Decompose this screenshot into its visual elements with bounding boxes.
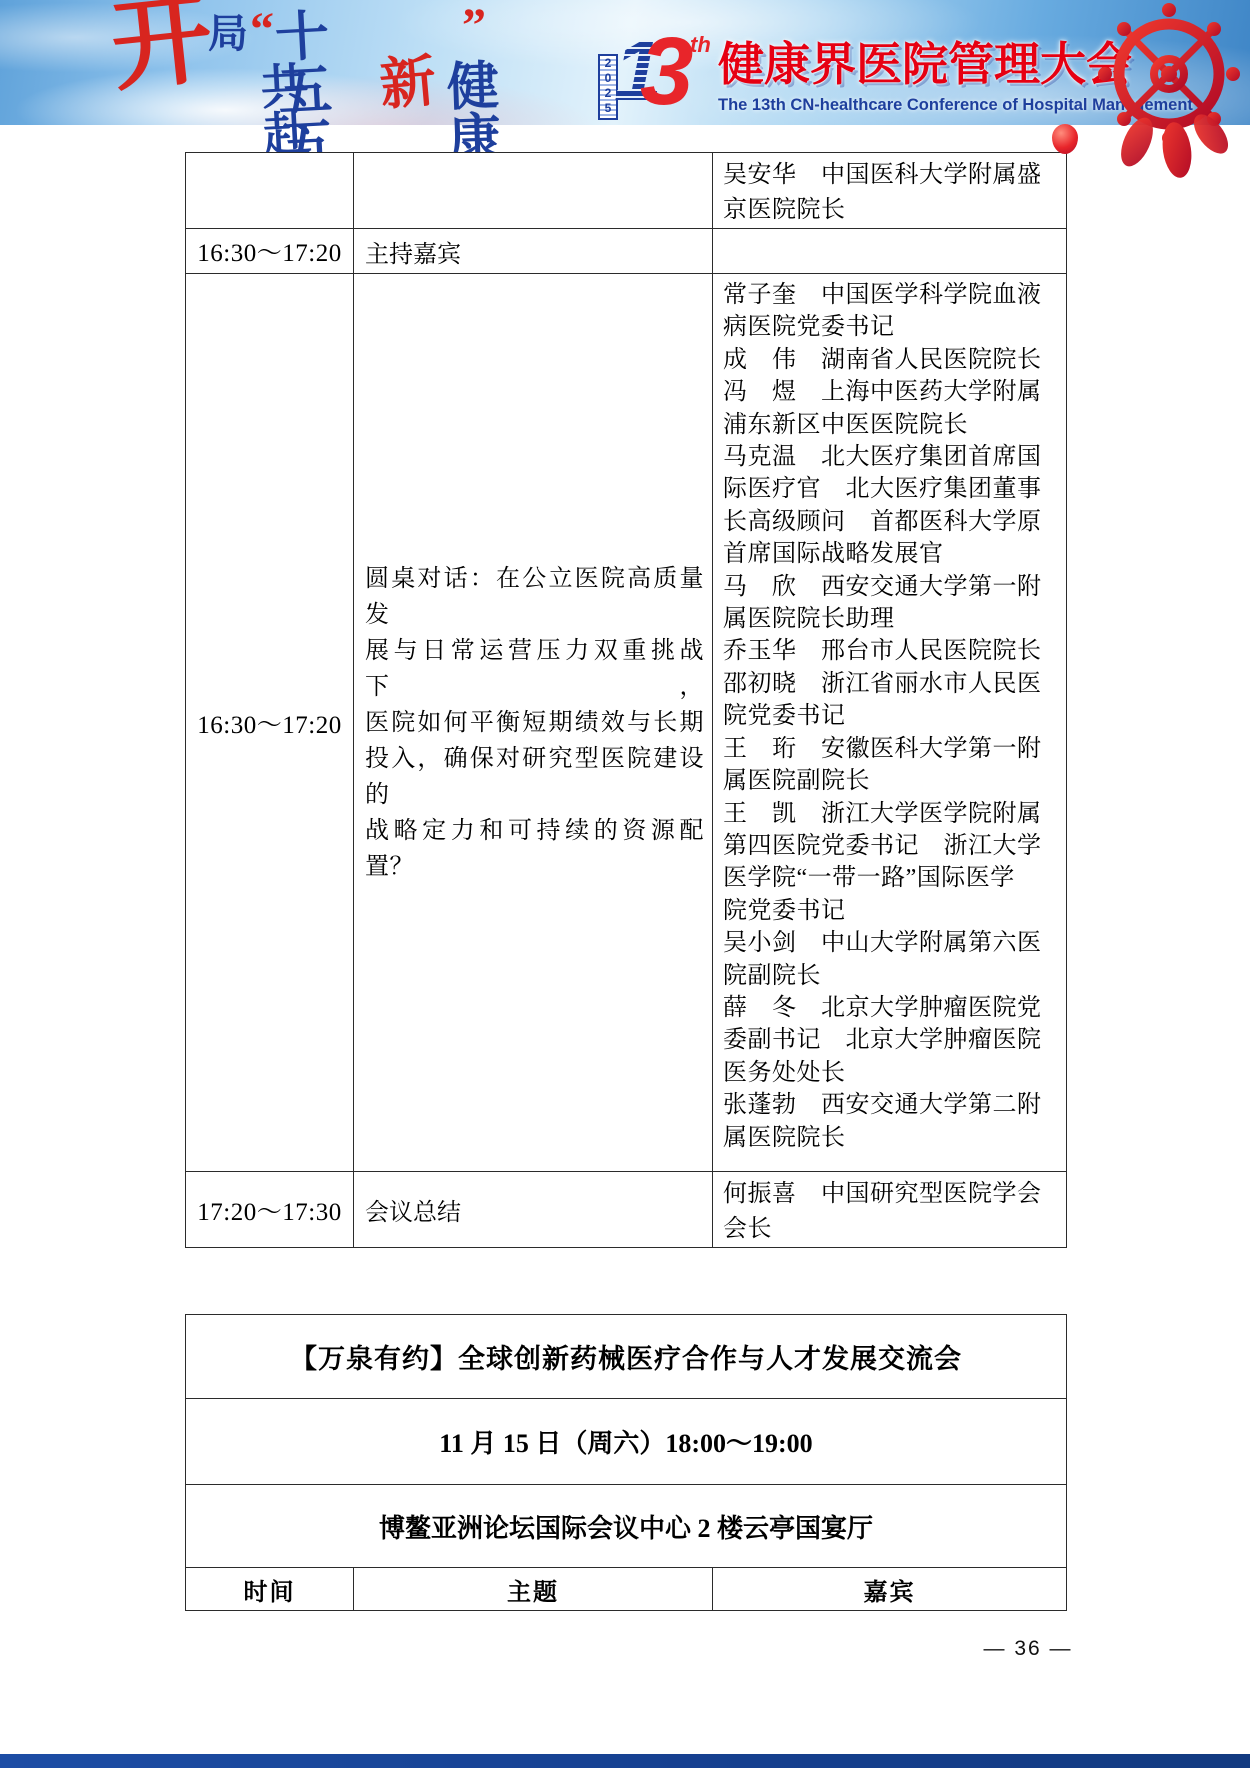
event-table: 【万泉有约】全球创新药械医疗合作与人才发展交流会 11 月 15 日（周六）18…: [185, 1314, 1067, 1611]
text-line: 展与日常运营压力双重挑战下，: [365, 633, 704, 705]
guest-cell: [713, 229, 1067, 274]
text-line: 长高级顾问 首都医科大学原: [723, 506, 1058, 538]
text-line: 吴小剑 中山大学附属第六医: [723, 927, 1058, 959]
text-line: 会长: [723, 1212, 1058, 1247]
text-line: 成 伟 湖南省人民医院院长: [723, 344, 1058, 376]
slogan-open-quote: “: [250, 6, 274, 54]
text-line: 张蓬勃 西安交通大学第二附: [723, 1089, 1058, 1121]
slogan-gongfu: 共赴: [260, 63, 319, 162]
schedule-table: 吴安华 中国医科大学附属盛京医院院长 16:30～17:20 主持嘉宾 16:3…: [185, 152, 1067, 1248]
text-line: 医学院“一带一路”国际医学: [723, 862, 1058, 894]
page: 开 局 “ 十五五 ” 共赴 新 健康 2025 1 3 th 健康界医院管理大…: [0, 0, 1250, 1768]
header-banner: 开 局 “ 十五五 ” 共赴 新 健康 2025 1 3 th 健康界医院管理大…: [0, 0, 1250, 125]
text-line: 浦东新区中医医院院长: [723, 409, 1058, 441]
logo-digit-3: 3: [640, 24, 693, 120]
text-line: 院副院长: [723, 960, 1058, 992]
slogan-char-xin: 新: [378, 54, 439, 115]
text-line: 邵初晓 浙江省丽水市人民医: [723, 668, 1058, 700]
text-line: 战略定力和可持续的资源配: [365, 813, 704, 849]
text-line: 冯 煜 上海中医药大学附属: [723, 376, 1058, 408]
text-line: 第四医院党委书记 浙江大学: [723, 830, 1058, 862]
text-line: 何振喜 中国研究型医院学会: [723, 1177, 1058, 1212]
topic-cell: [354, 153, 713, 229]
column-header-time: 时间: [186, 1568, 354, 1611]
conference-title-cn: 健康界医院管理大会: [718, 40, 1098, 91]
text-line: 际医疗官 北大医疗集团董事: [723, 473, 1058, 505]
guest-cell: 吴安华 中国医科大学附属盛京医院院长: [713, 153, 1067, 229]
event-venue: 博鳌亚洲论坛国际会议中心 2 楼云亭国宴厅: [186, 1485, 1067, 1568]
red-petal-bead: [1052, 124, 1078, 154]
guest-cell: 何振喜 中国研究型医院学会会长: [713, 1172, 1067, 1248]
text-line: 属医院副院长: [723, 765, 1058, 797]
text-line: 院党委书记: [723, 895, 1058, 927]
topic-cell-roundtable: 圆桌对话：在公立医院高质量发展与日常运营压力双重挑战下，医院如何平衡短期绩效与长…: [354, 274, 713, 1172]
topic-cell: 会议总结: [354, 1172, 713, 1248]
ship-wheel-icon: [1085, 2, 1250, 180]
text-line: 属医院院长: [723, 1122, 1058, 1154]
text-line: 院党委书记: [723, 700, 1058, 732]
logo-year-2025: 2025: [599, 56, 615, 116]
text-line: 首席国际战略发展官: [723, 538, 1058, 570]
text-line: 委副书记 北京大学肿瘤医院: [723, 1024, 1058, 1056]
text-line: 乔玉华 邢台市人民医院院长: [723, 635, 1058, 667]
time-cell: 17:20～17:30: [186, 1172, 354, 1248]
footer-bar: [0, 1754, 1250, 1768]
time-cell: [186, 153, 354, 229]
text-line: 医院如何平衡短期绩效与长期: [365, 705, 704, 741]
text-line: 吴安华 中国医科大学附属盛: [723, 158, 1058, 193]
text-line: 病医院党委书记: [723, 311, 1058, 343]
time-cell: 16:30～17:20: [186, 229, 354, 274]
text-line: 王 珩 安徽医科大学第一附: [723, 733, 1058, 765]
text-line: 马克温 北大医疗集团首席国: [723, 441, 1058, 473]
text-line: 常子奎 中国医学科学院血液: [723, 279, 1058, 311]
event-title: 【万泉有约】全球创新药械医疗合作与人才发展交流会: [186, 1315, 1067, 1399]
text-line: 置？: [365, 849, 704, 885]
logo-th-superscript: th: [690, 32, 711, 58]
ship-wheel-decoration: [1085, 2, 1250, 180]
guest-cell-roundtable: 常子奎 中国医学科学院血液病医院党委书记成 伟 湖南省人民医院院长冯 煜 上海中…: [713, 274, 1067, 1172]
column-header-guest: 嘉宾: [713, 1568, 1067, 1611]
conference-13th-logo: 2025 1 3 th: [598, 32, 713, 124]
text-line: 马 欣 西安交通大学第一附: [723, 571, 1058, 603]
event-datetime: 11 月 15 日（周六）18:00～19:00: [186, 1399, 1067, 1485]
text-line: 医务处处长: [723, 1057, 1058, 1089]
text-line: 圆桌对话：在公立医院高质量发: [365, 561, 704, 633]
time-cell: 16:30～17:20: [186, 274, 354, 1172]
text-line: 薛 冬 北京大学肿瘤医院党: [723, 992, 1058, 1024]
topic-cell: 主持嘉宾: [354, 229, 713, 274]
text-line: 属医院院长助理: [723, 603, 1058, 635]
column-header-topic: 主题: [354, 1568, 713, 1611]
text-line: 投入，确保对研究型医院建设的: [365, 741, 704, 813]
page-number: — 36 —: [968, 1637, 1088, 1661]
text-line: 王 凯 浙江大学医学院附属: [723, 798, 1058, 830]
slogan-close-quote: ”: [462, 2, 486, 50]
text-line: 京医院院长: [723, 193, 1058, 228]
slogan-char-kai: 开: [107, 0, 217, 99]
slogan-char-ju: 局: [208, 14, 248, 54]
